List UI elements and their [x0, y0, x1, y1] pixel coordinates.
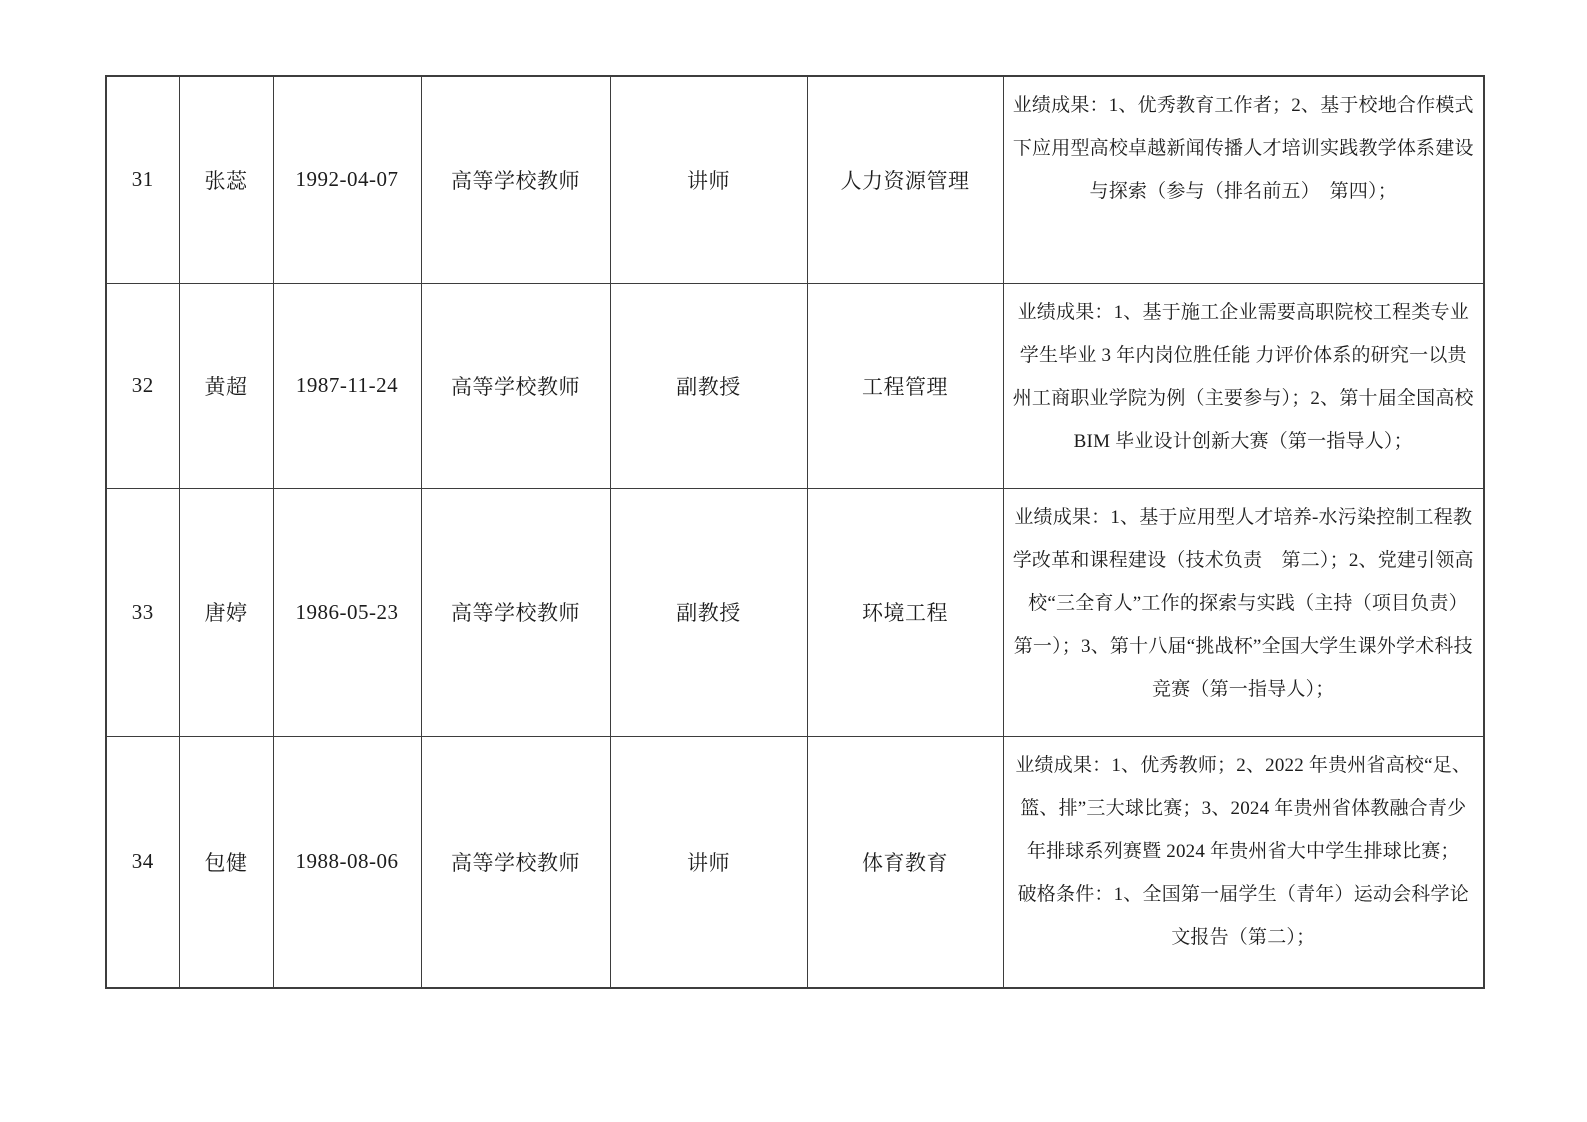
major-cell: 工程管理 [807, 283, 1003, 488]
achievement-paragraph: 业绩成果：1、优秀教育工作者；2、基于校地合作模式下应用型高校卓越新闻传播人才培… [1012, 84, 1476, 213]
birth-date-cell: 1986-05-23 [273, 488, 421, 736]
table-row: 31 张蕊 1992-04-07 高等学校教师 讲师 人力资源管理 业绩成果：1… [106, 76, 1484, 283]
birth-date-cell: 1987-11-24 [273, 283, 421, 488]
title-cell: 副教授 [610, 488, 807, 736]
major-cell: 环境工程 [807, 488, 1003, 736]
row-number-cell: 32 [106, 283, 179, 488]
teacher-type-cell: 高等学校教师 [421, 283, 610, 488]
birth-date-cell: 1988-08-06 [273, 736, 421, 988]
major-cell: 人力资源管理 [807, 76, 1003, 283]
achievements-cell: 业绩成果：1、基于施工企业需要高职院校工程类专业学生毕业 3 年内岗位胜任能 力… [1003, 283, 1484, 488]
name-cell: 唐婷 [179, 488, 273, 736]
teacher-type-cell: 高等学校教师 [421, 736, 610, 988]
major-cell: 体育教育 [807, 736, 1003, 988]
achievements-cell: 业绩成果：1、基于应用型人才培养-水污染控制工程教学改革和课程建设（技术负责 第… [1003, 488, 1484, 736]
title-cell: 副教授 [610, 283, 807, 488]
birth-date-cell: 1992-04-07 [273, 76, 421, 283]
teacher-type-cell: 高等学校教师 [421, 488, 610, 736]
achievement-paragraph: 业绩成果：1、基于应用型人才培养-水污染控制工程教学改革和课程建设（技术负责 第… [1012, 496, 1476, 711]
document-page: 31 张蕊 1992-04-07 高等学校教师 讲师 人力资源管理 业绩成果：1… [0, 0, 1587, 1122]
achievement-paragraph: 业绩成果：1、基于施工企业需要高职院校工程类专业学生毕业 3 年内岗位胜任能 力… [1012, 291, 1476, 463]
exception-criteria-paragraph: 破格条件：1、全国第一届学生（青年）运动会科学论文报告（第二）； [1012, 873, 1476, 959]
teacher-qualification-table: 31 张蕊 1992-04-07 高等学校教师 讲师 人力资源管理 业绩成果：1… [105, 75, 1485, 989]
table-row: 34 包健 1988-08-06 高等学校教师 讲师 体育教育 业绩成果：1、优… [106, 736, 1484, 988]
name-cell: 张蕊 [179, 76, 273, 283]
table-row: 33 唐婷 1986-05-23 高等学校教师 副教授 环境工程 业绩成果：1、… [106, 488, 1484, 736]
row-number-cell: 31 [106, 76, 179, 283]
name-cell: 包健 [179, 736, 273, 988]
teacher-type-cell: 高等学校教师 [421, 76, 610, 283]
row-number-cell: 33 [106, 488, 179, 736]
name-cell: 黄超 [179, 283, 273, 488]
table-row: 32 黄超 1987-11-24 高等学校教师 副教授 工程管理 业绩成果：1、… [106, 283, 1484, 488]
title-cell: 讲师 [610, 76, 807, 283]
title-cell: 讲师 [610, 736, 807, 988]
achievements-cell: 业绩成果：1、优秀教育工作者；2、基于校地合作模式下应用型高校卓越新闻传播人才培… [1003, 76, 1484, 283]
row-number-cell: 34 [106, 736, 179, 988]
achievements-cell: 业绩成果：1、优秀教师；2、2022 年贵州省高校“足、篮、排”三大球比赛；3、… [1003, 736, 1484, 988]
achievement-paragraph: 业绩成果：1、优秀教师；2、2022 年贵州省高校“足、篮、排”三大球比赛；3、… [1012, 744, 1476, 873]
